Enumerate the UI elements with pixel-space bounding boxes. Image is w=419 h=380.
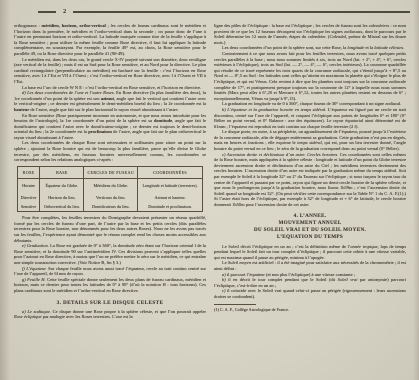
paragraph-ecliptic-poles: ligne des pôles de l’écliptique : la bas… [214,23,406,45]
table-cell: Directive [17,193,39,202]
paragraph-d-coordinates: d) Les deux coordonnées de l’une et l’au… [14,90,206,112]
table-cell: Sensitive [17,202,39,212]
table-header-base: BASE [40,166,84,178]
paragraph-annee-tropique: Le Soleil décrit l’écliptique en un an ;… [214,244,406,261]
paragraph-correspondences-intro: Les deux coordonnées de chaque Rose sont… [14,140,206,162]
text-flow-after-table: Pour être complètes, les feuilles terres… [14,215,206,293]
section-heading-3: 3. DETAILS SUR LE DISQUE CELESTE [14,300,206,306]
table-cell: Azimut et hauteur. [138,193,203,202]
table-row: Directive Horizon du lieu. Verticaux du … [17,193,202,202]
heading-line: DU SOLEIL VRAI ET DU SOLEIL MOYEN. [214,227,406,234]
section-heading-4: 4. L’ANNEE. MOUVEMENT ANNUEL DU SOLEIL V… [214,213,406,241]
text-flow-before-table: orthogonaux : méridien, horizon, ortho-v… [14,23,206,163]
table-cell: Équateur du Globe. [40,178,84,193]
list-item-c: c) il coïncide avec le Soleil vrai quand… [214,288,406,299]
paragraph-e-graduation: e) Graduation. La Rose est graduée de 0°… [14,243,206,265]
table-cell: Domitude et proclinaison. [138,202,203,212]
footnote: (1) C. A. F., Collège Astrologique de Fr… [214,307,406,312]
paragraph-f-equateur: f) L’équateur. Sur chaque feuille nous a… [14,266,206,277]
table-header-row: ROSE BASE CERCLES DE FUSEAU COORDONNÉES [17,166,202,178]
paragraph-soleil-moyen: Le Soleil moyen est artificiel : il a ét… [214,260,406,271]
heading-line: 4. L’ANNEE. [214,213,406,220]
table-cell: Domificateurs du lieu. [84,202,138,212]
table-header-rose: ROSE [17,166,39,178]
paragraph-b-equateur-sidereal: b) L’équateur et la graduation horaire e… [214,107,406,129]
two-column-text: orthogonaux : méridien, horizon, ortho-v… [0,17,419,320]
heading-line: MOUVEMENT ANNUEL [214,220,406,227]
table-row: Sensitive Orthovertical du lieu. Domific… [17,202,202,212]
page-header: 2 [0,0,419,17]
right-column: ligne des pôles de l’écliptique : la bas… [214,23,406,320]
paragraph-complete-sheets: Pour être complètes, les feuilles terres… [14,215,206,243]
text-flow-top: ligne des pôles de l’écliptique : la bas… [214,23,406,208]
table-cell: Horizon du lieu. [40,193,84,202]
footnote-rule [214,304,256,305]
correspondence-table: ROSE BASE CERCLES DE FUSEAU COORDONNÉES … [17,166,203,212]
table-header-coordonnees: COORDONNÉES [138,166,203,178]
table-header-cercles: CERCLES DE FUSEAU [84,166,138,178]
paragraph-meridian: Le méridien est, dans les deux cas, le g… [14,57,206,85]
header-rule-left [38,11,56,13]
paragraph-c-ascension-droite: c) Ascension droite et déclinaison d’un … [214,152,406,208]
page-number: 2 [63,9,66,15]
paragraph-cardinal-circles: orthogonaux : méridien, horizon, ortho-v… [14,23,206,57]
paragraph-small-circles: Contrairement à ce que nous avons fait p… [214,51,406,101]
table-cell: Verticaux du lieu. [84,193,138,202]
list-item-b: b) il en décrit le tour complet pendant … [214,277,406,288]
scanned-page: 2 orthogonaux : méridien, horizon, ortho… [0,0,419,380]
table-cell: Orthovertical du lieu. [40,202,84,212]
text-flow-end: a) Le zodiaque. Ce disque donne une Rose… [14,309,206,320]
table-row: Horaire Équateur du Globe. Méridiens du … [17,178,202,193]
table-cell: Horaire [17,178,39,193]
table-cell: Méridiens du Globe. [84,178,138,193]
table-cell: Longitude et latitude (terrestres). [138,178,203,193]
paragraph-rose-sensitive: En Rose sensitive (Rose pratiquement inc… [14,113,206,141]
header-rule-right [73,11,410,13]
paragraph-a-zodiaque: a) Le zodiaque. Ce disque donne une Rose… [14,309,206,320]
text-flow-bottom: Le Soleil décrit l’écliptique en un an ;… [214,244,406,300]
heading-line: L’EQUATION DU TEMPS [214,234,406,241]
paragraph-disc-periphery: Le disque porte, en outre, à sa périphér… [214,129,406,151]
left-column: orthogonaux : méridien, horizon, ortho-v… [14,23,206,320]
paragraph-g-feuille-h: g) Feuille H. Cette feuille spéciale don… [14,277,206,294]
